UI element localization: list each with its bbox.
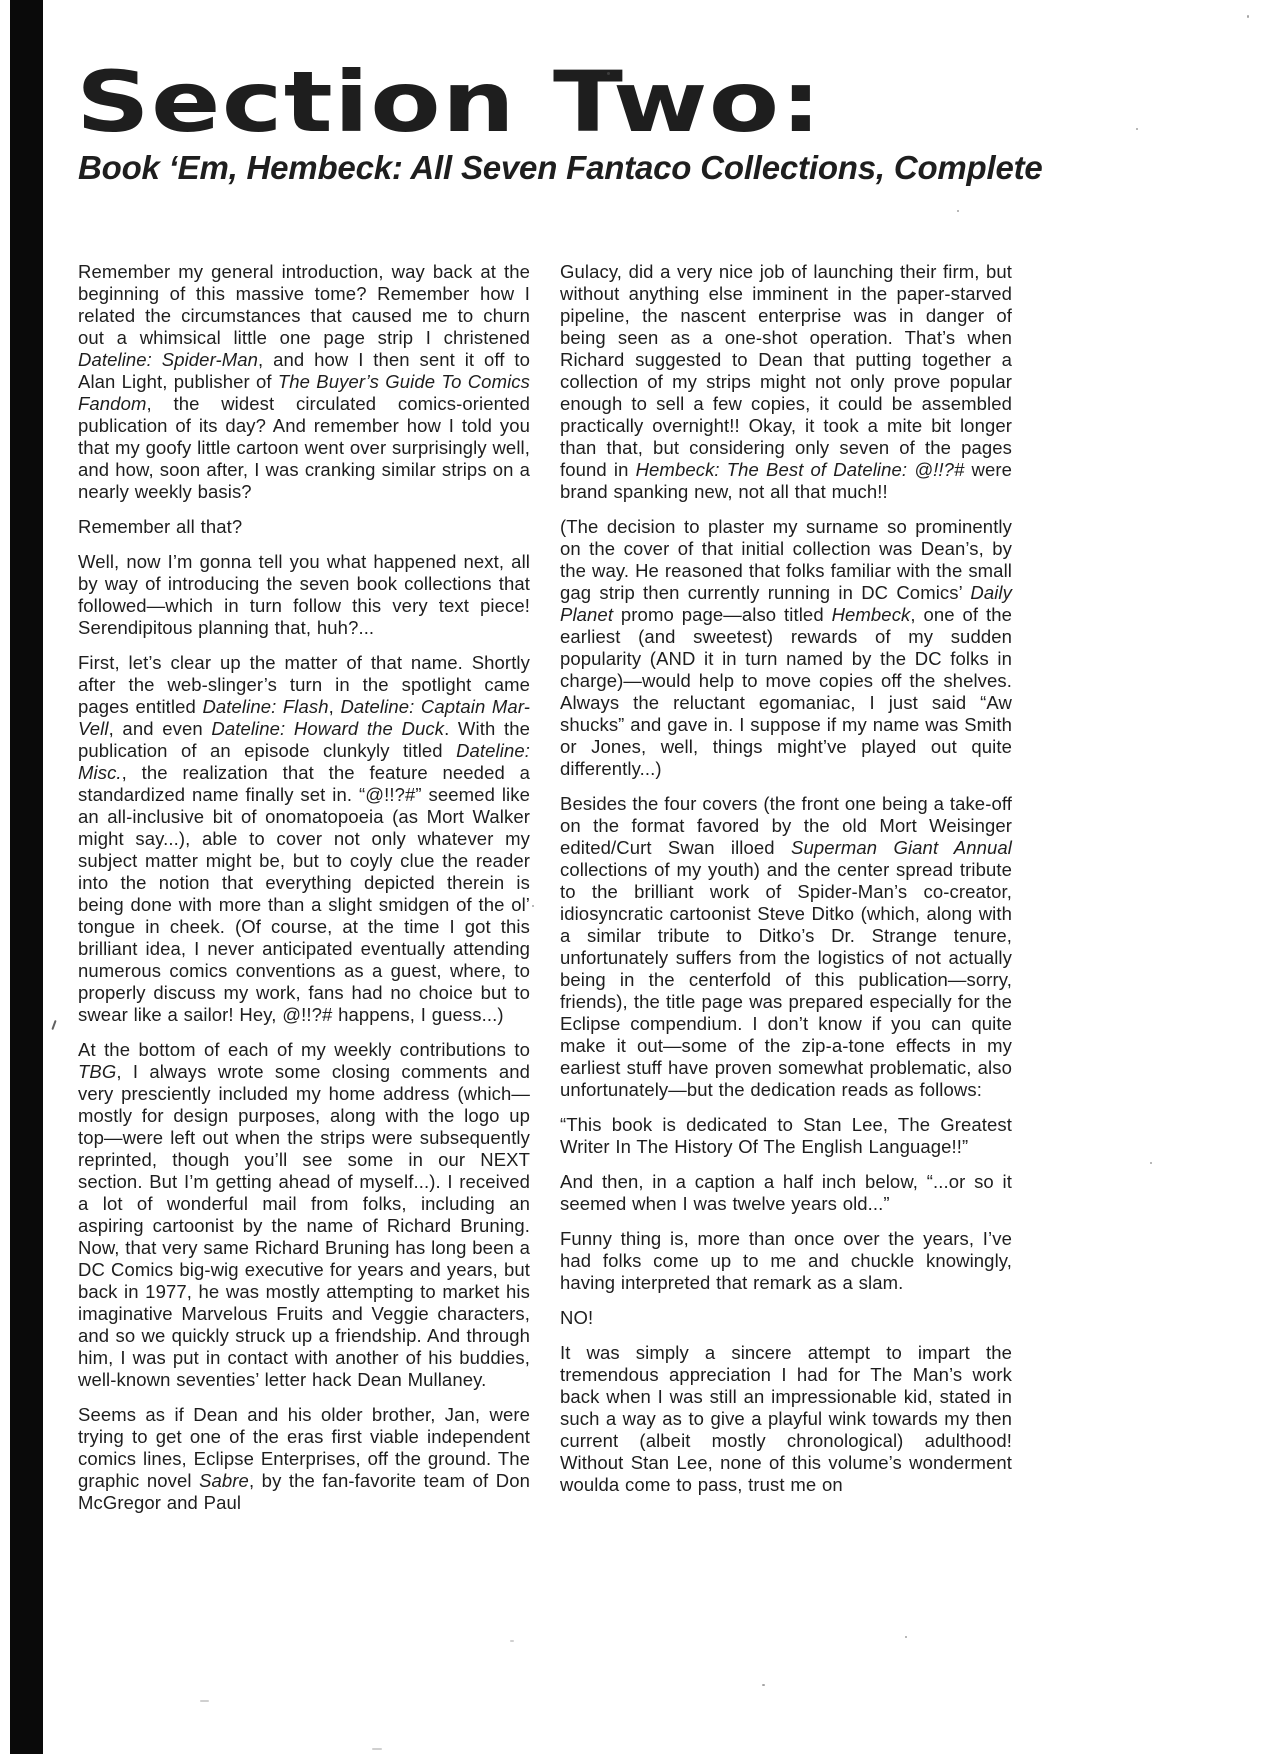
page-subtitle: Book ‘Em, Hembeck: All Seven Fantaco Col… <box>78 150 1043 186</box>
paragraph: It was simply a sincere attempt to impar… <box>560 1342 1012 1496</box>
scan-smudge <box>372 1748 382 1750</box>
scan-speck <box>762 1684 765 1686</box>
paragraph: And then, in a caption a half inch below… <box>560 1171 1012 1215</box>
left-column: Remember my general introduction, way ba… <box>78 261 530 1527</box>
paragraph: Gulacy, did a very nice job of launching… <box>560 261 1012 503</box>
text-columns: Remember my general introduction, way ba… <box>78 261 1012 1527</box>
scan-speck <box>607 72 610 75</box>
paragraph: First, let’s clear up the matter of that… <box>78 652 530 1026</box>
right-column: Gulacy, did a very nice job of launching… <box>560 261 1012 1509</box>
paragraph: NO! <box>560 1307 1012 1329</box>
paragraph: Remember all that? <box>78 516 530 538</box>
paragraph: (The decision to plaster my surname so p… <box>560 516 1012 780</box>
scan-tick-mark <box>51 1020 56 1030</box>
scan-speck <box>1136 128 1138 130</box>
book-page: Section Two: Book ‘Em, Hembeck: All Seve… <box>0 0 1280 1754</box>
paragraph: “This book is dedicated to Stan Lee, The… <box>560 1114 1012 1158</box>
page-title: Section Two: <box>76 60 823 144</box>
scan-speck <box>905 1636 907 1638</box>
paragraph: Seems as if Dean and his older brother, … <box>78 1404 530 1514</box>
paragraph: Besides the four covers (the front one b… <box>560 793 1012 1101</box>
scan-smudge <box>200 1700 209 1702</box>
scan-speck <box>957 210 959 212</box>
paragraph: Remember my general introduction, way ba… <box>78 261 530 503</box>
scan-speck <box>1247 15 1249 18</box>
paragraph: Well, now I’m gonna tell you what happen… <box>78 551 530 639</box>
scan-speck <box>532 905 534 907</box>
paragraph: Funny thing is, more than once over the … <box>560 1228 1012 1294</box>
gutter-shadow-bar <box>10 0 43 1754</box>
paragraph: At the bottom of each of my weekly contr… <box>78 1039 530 1391</box>
scan-smudge <box>510 1640 514 1642</box>
scan-speck <box>1150 1162 1152 1164</box>
